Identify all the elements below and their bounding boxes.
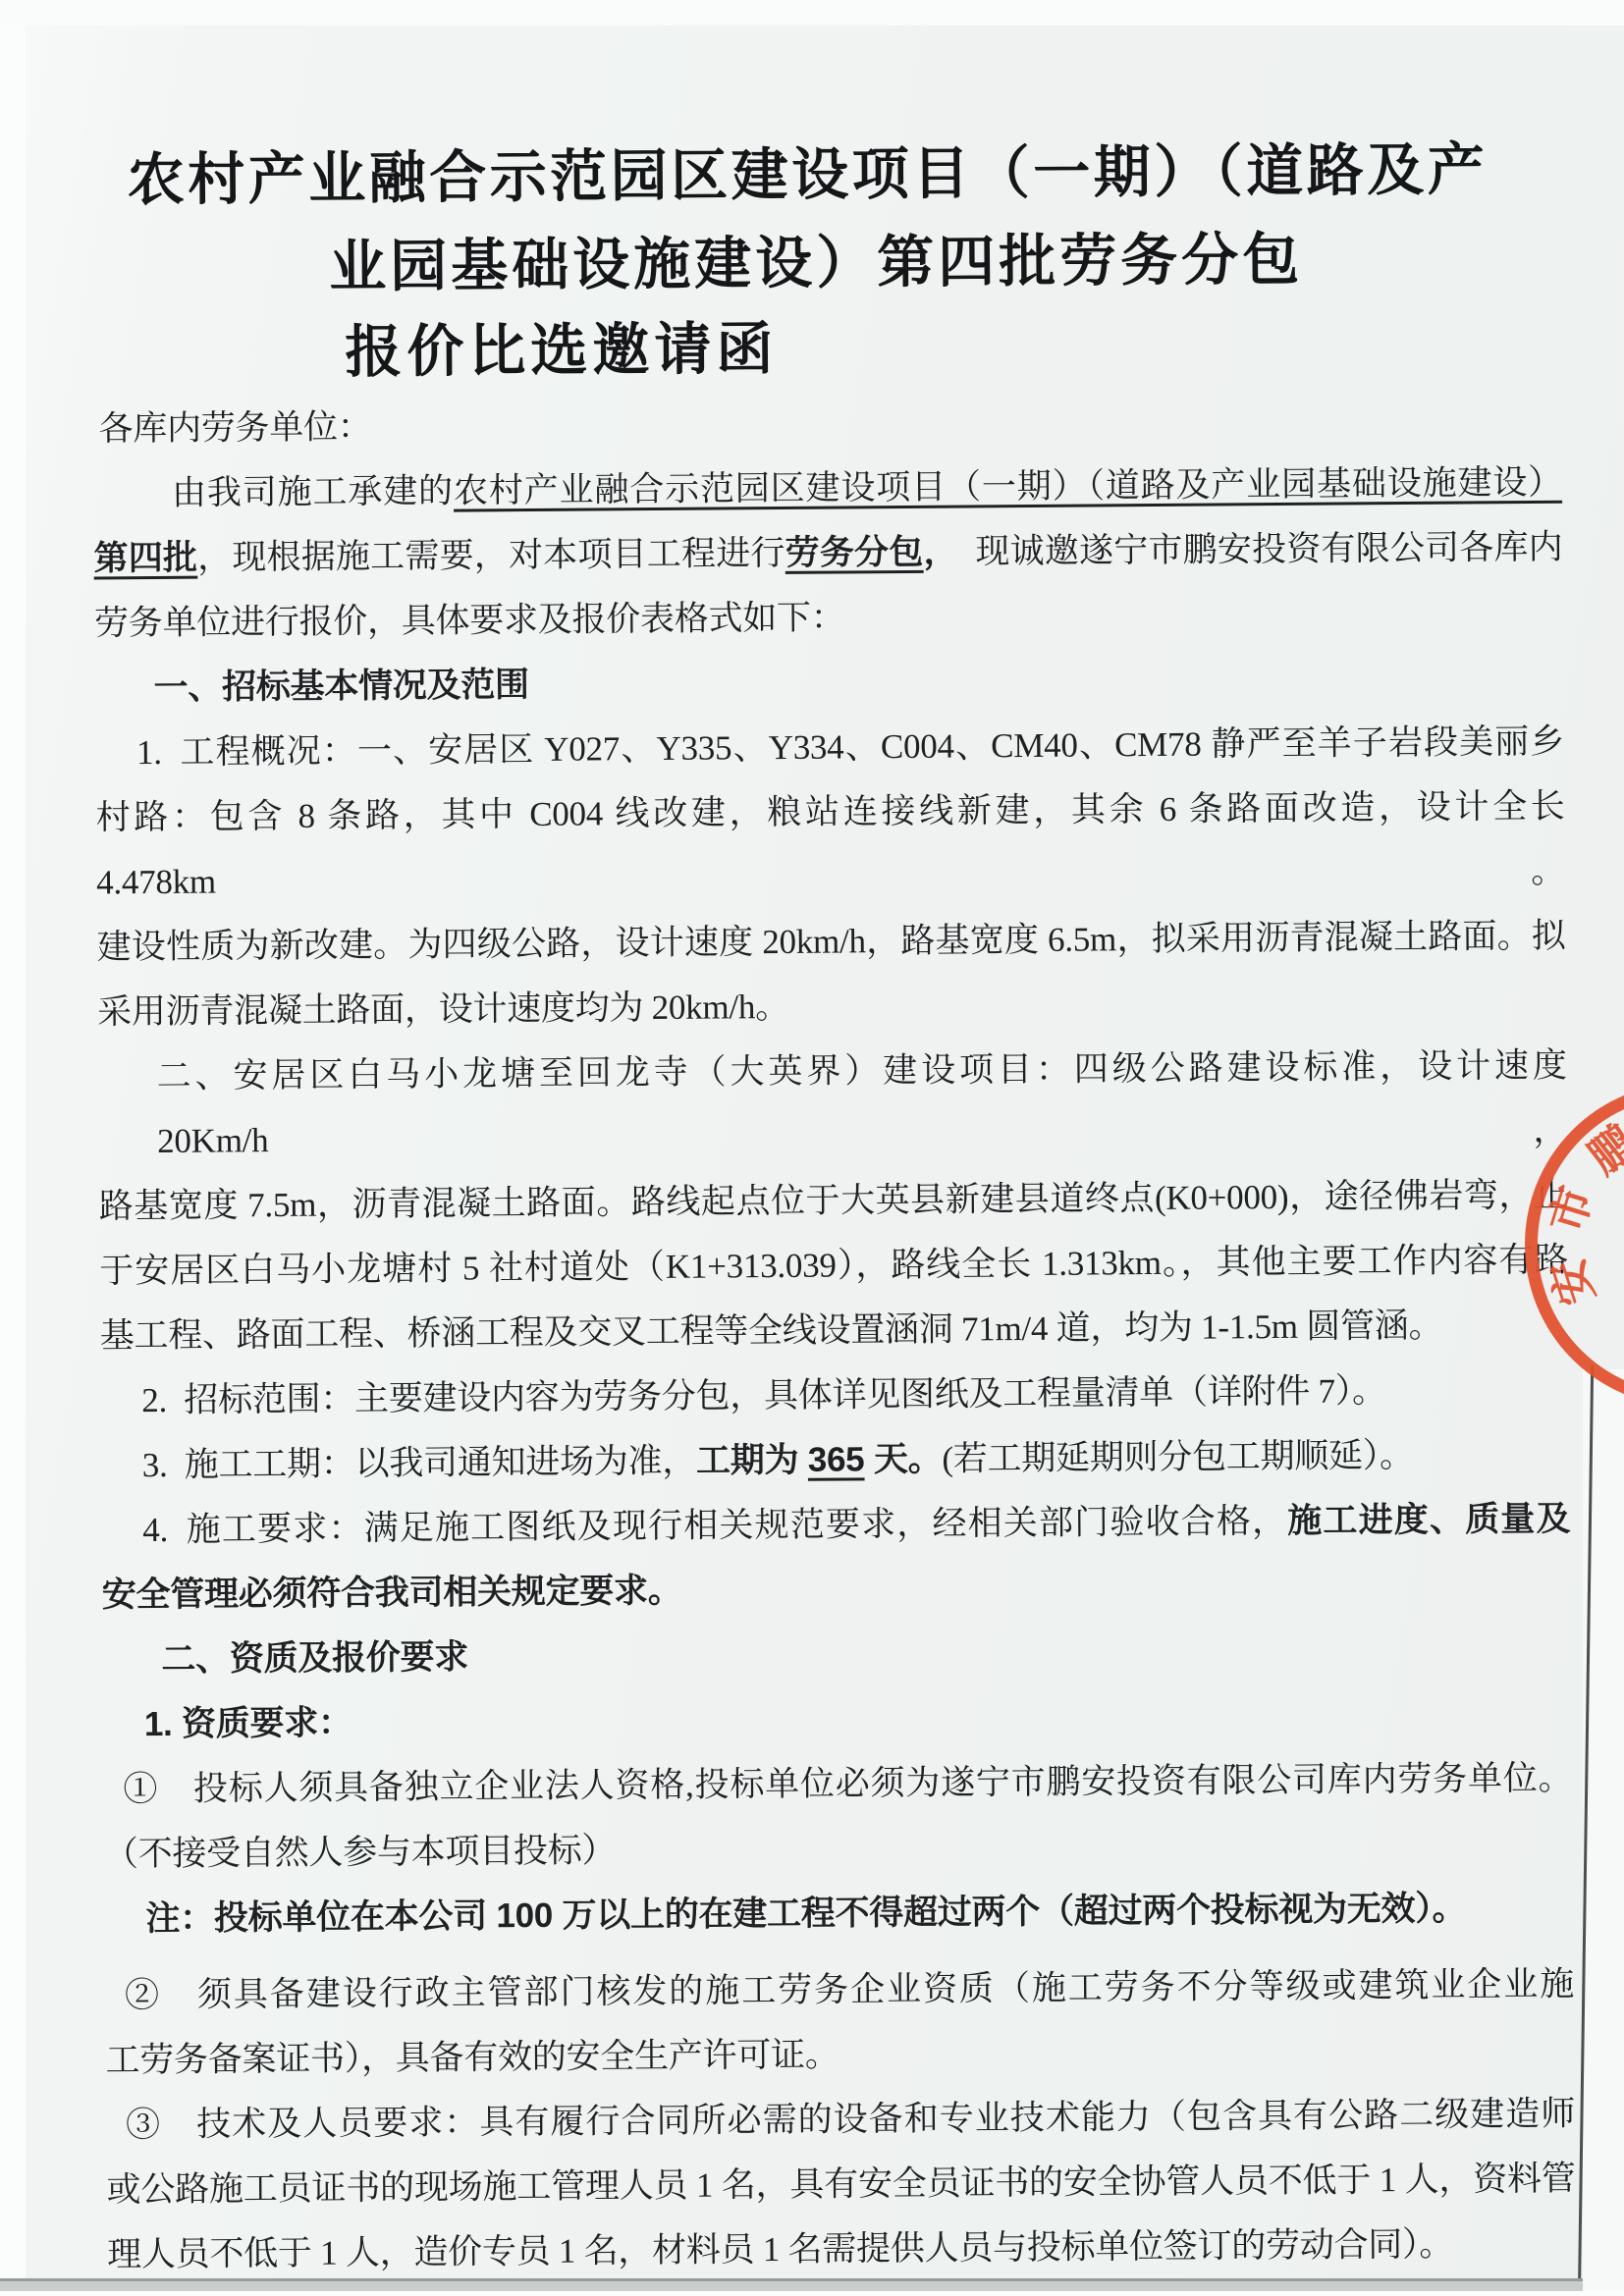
text-line: ① 投标人须具备独立企业法人资格,投标单位必须为遂宁市鹏安投资有限公司库内劳务单… (103, 1746, 1572, 1823)
text-line: 基工程、路面工程、桥涵工程及交叉工程等全线设置涵洞 71m/4 道，均为 1-1… (100, 1293, 1569, 1369)
text-line: （不接受自然人参与本项目投标） (104, 1811, 1573, 1888)
text-run: 建设性质为新改建。为四级公路，设计速度 20km/h，路基宽度 6.5m，拟采用… (96, 917, 1565, 967)
text-run: 采用沥青混凝土路面，设计速度均为 20km/h。 (97, 988, 789, 1032)
seal-character: 鹏 (1581, 1118, 1624, 1182)
text-line: 村路：包含 8 条路，其中 C004 线改建，粮站连接线新建，其余 6 条路面改… (95, 774, 1565, 916)
scanned-page: 农村产业融合示范园区建设项目（一期）（道路及产 业园基础设施建设）第四批劳务分包… (0, 0, 1624, 2296)
text-run: 安全管理必须符合我司相关规定要求。 (102, 1572, 682, 1615)
text-run: 工劳务备案证书），具备有效的安全生产许可证。 (105, 2036, 839, 2080)
seal-character: 市 (1543, 1181, 1598, 1237)
text-line: 路基宽度 7.5m，沥青混凝土路面。路线起点位于大英县新建县道终点(K0+000… (98, 1163, 1567, 1240)
text-run: 365 (808, 1440, 865, 1478)
text-run: 或公路施工员证书的现场施工管理人员 1 名，具有安全员证书的安全协管人员不低于 … (106, 2160, 1575, 2210)
text-line: 于安居区白马小龙塘村 5 社村道处（K1+313.039），路线全长 1.313… (99, 1228, 1568, 1305)
text-line: 劳务单位进行报价，具体要求及报价表格式如下： (94, 580, 1563, 657)
text-run: (若工期延期则分包工期顺延）。 (942, 1436, 1414, 1478)
text-run: 村路：包含 8 条路，其中 C004 线改建，粮站连接线新建，其余 6 条路面改… (95, 787, 1565, 902)
text-run: 现诚邀遂宁市鹏安投资有限公司各库内 (958, 528, 1563, 571)
text-line: 3. 施工工期：以我司通知进场为准，工期为 365 天。(若工期延期则分包工期顺… (101, 1422, 1570, 1499)
text-line: 二、安居区白马小龙塘至回龙寺（大英界）建设项目：四级公路建设标准，设计速度 20… (97, 1034, 1567, 1175)
text-run: 2. 招标范围：主要建设内容为劳务分包，具体详见图纸及工程量清单（详附件 7）。 (141, 1371, 1386, 1419)
document-lines: 各库内劳务单位：由我司施工承建的农村产业融合示范园区建设项目（一期）（道路及产业… (92, 386, 1576, 2288)
text-line: 二、资质及报价要求 (102, 1617, 1571, 1693)
text-run: 第四批 (93, 539, 197, 578)
document-body: 农村产业融合示范园区建设项目（一期）（道路及产 业园基础设施建设）第四批劳务分包… (90, 105, 1576, 2288)
text-run: ① 投标人须具备独立企业法人资格,投标单位必须为遂宁市鹏安投资有限公司库内劳务单… (123, 1759, 1572, 1809)
text-run: ③ 技术及人员要求：具有履行合同所必需的设备和专业技术能力（包含具有公路二级建造… (126, 2095, 1575, 2145)
document-title-line-3: 报价比选邀请函 (0, 303, 1296, 400)
text-run: ② 须具备建设行政主管部门核发的施工劳务企业资质（施工劳务不分等级或建筑业企业施 (125, 1965, 1574, 2015)
document-title-line-2: 业园基础设施建设）第四批劳务分包 (81, 215, 1551, 313)
text-run: 于安居区白马小龙塘村 5 社村道处（K1+313.039），路线全长 1.313… (99, 1241, 1568, 1291)
text-run: 1. 工程概况：一、安居区 Y027、Y335、Y334、C004、CM40、C… (136, 722, 1564, 772)
text-run: ， (923, 533, 958, 571)
text-run: 基工程、路面工程、桥涵工程及交叉工程等全线设置涵洞 71m/4 道，均为 1-1… (100, 1307, 1443, 1356)
text-line: 理人员不低于 1 人，造价专员 1 名，材料员 1 名需提供人员与投标单位签订的… (107, 2212, 1576, 2288)
text-line: 建设性质为新改建。为四级公路，设计速度 20km/h，路基宽度 6.5m，拟采用… (96, 904, 1565, 981)
text-line: 第四批，现根据施工需要，对本项目工程进行劳务分包， 现诚邀遂宁市鹏安投资有限公司… (93, 515, 1562, 592)
text-run: 劳务单位进行报价，具体要求及报价表格式如下： (94, 598, 845, 642)
text-run: 理人员不低于 1 人，造价专员 1 名，材料员 1 名需提供人员与投标单位签订的… (107, 2225, 1453, 2274)
text-line: ② 须具备建设行政主管部门核发的施工劳务企业资质（施工劳务不分等级或建筑业企业施 (105, 1952, 1574, 2029)
text-line: 2. 招标范围：主要建设内容为劳务分包，具体详见图纸及工程量清单（详附件 7）。 (100, 1358, 1569, 1434)
text-run: 路基宽度 7.5m，沥青混凝土路面。路线起点位于大英县新建县道终点(K0+000… (99, 1176, 1568, 1226)
text-line: 或公路施工员证书的现场施工管理人员 1 名，具有安全员证书的安全协管人员不低于 … (106, 2147, 1575, 2223)
text-run: 劳务分包 (785, 533, 924, 572)
scan-top-edge (0, 0, 1624, 26)
text-run: 工期为 (696, 1441, 808, 1480)
text-line: ③ 技术及人员要求：具有履行合同所必需的设备和专业技术能力（包含具有公路二级建造… (106, 2082, 1575, 2159)
text-run: 由我司施工承建的 (172, 472, 454, 512)
text-line: 采用沥青混凝土路面，设计速度均为 20km/h。 (97, 969, 1566, 1045)
text-run: 一、招标基本情况及范围 (153, 666, 529, 707)
text-line: 注：投标单位在本公司 100 万以上的在建工程不得超过两个（超过两个投标视为无效… (104, 1876, 1573, 1952)
text-run: 1. 资质要求： (144, 1703, 352, 1743)
document-title-line-1: 农村产业融合示范园区建设项目（一期）（道路及产 (73, 125, 1543, 227)
text-line: 1. 资质要求： (103, 1682, 1572, 1758)
text-run: 二、安居区白马小龙塘至回龙寺（大英界）建设项目：四级公路建设标准，设计速度 20… (157, 1046, 1568, 1160)
text-run: 二、资质及报价要求 (161, 1637, 468, 1678)
text-line: 工劳务备案证书），具备有效的安全生产许可证。 (105, 2017, 1574, 2094)
text-run: 3. 施工工期：以我司通知进场为准， (142, 1442, 697, 1484)
text-run: 各库内劳务单位： (98, 407, 371, 448)
text-line: 1. 工程概况：一、安居区 Y027、Y335、Y334、C004、CM40、C… (95, 710, 1564, 786)
text-run: ，现根据施工需要，对本项目工程进行 (197, 534, 785, 577)
text-line: 各库内劳务单位： (92, 386, 1561, 462)
text-line: 由我司施工承建的农村产业融合示范园区建设项目（一期）（道路及产业园基础设施建设） (93, 451, 1562, 527)
text-run: 施工进度、质量及 (1287, 1500, 1570, 1540)
text-run: 农村产业融合示范园区建设项目（一期）（道路及产业园基础设施建设） (454, 463, 1562, 510)
seal-character: 安 (1543, 1254, 1600, 1310)
text-run: 4. 施工要求：满足施工图纸及现行相关规范要求，经相关部门验收合格， (142, 1502, 1287, 1549)
text-line: 一、招标基本情况及范围 (94, 645, 1563, 721)
text-line: 安全管理必须符合我司相关规定要求。 (102, 1552, 1571, 1629)
text-run: （不接受自然人参与本项目投标） (104, 1831, 617, 1873)
text-line: 4. 施工要求：满足施工图纸及现行相关规范要求，经相关部门验收合格，施工进度、质… (101, 1487, 1570, 1564)
scan-bottom-margin (0, 2291, 1624, 2296)
text-run: 天。 (864, 1440, 942, 1479)
text-run: 注：投标单位在本公司 100 万以上的在建工程不得超过两个（超过两个投标视为无效… (145, 1890, 1466, 1939)
